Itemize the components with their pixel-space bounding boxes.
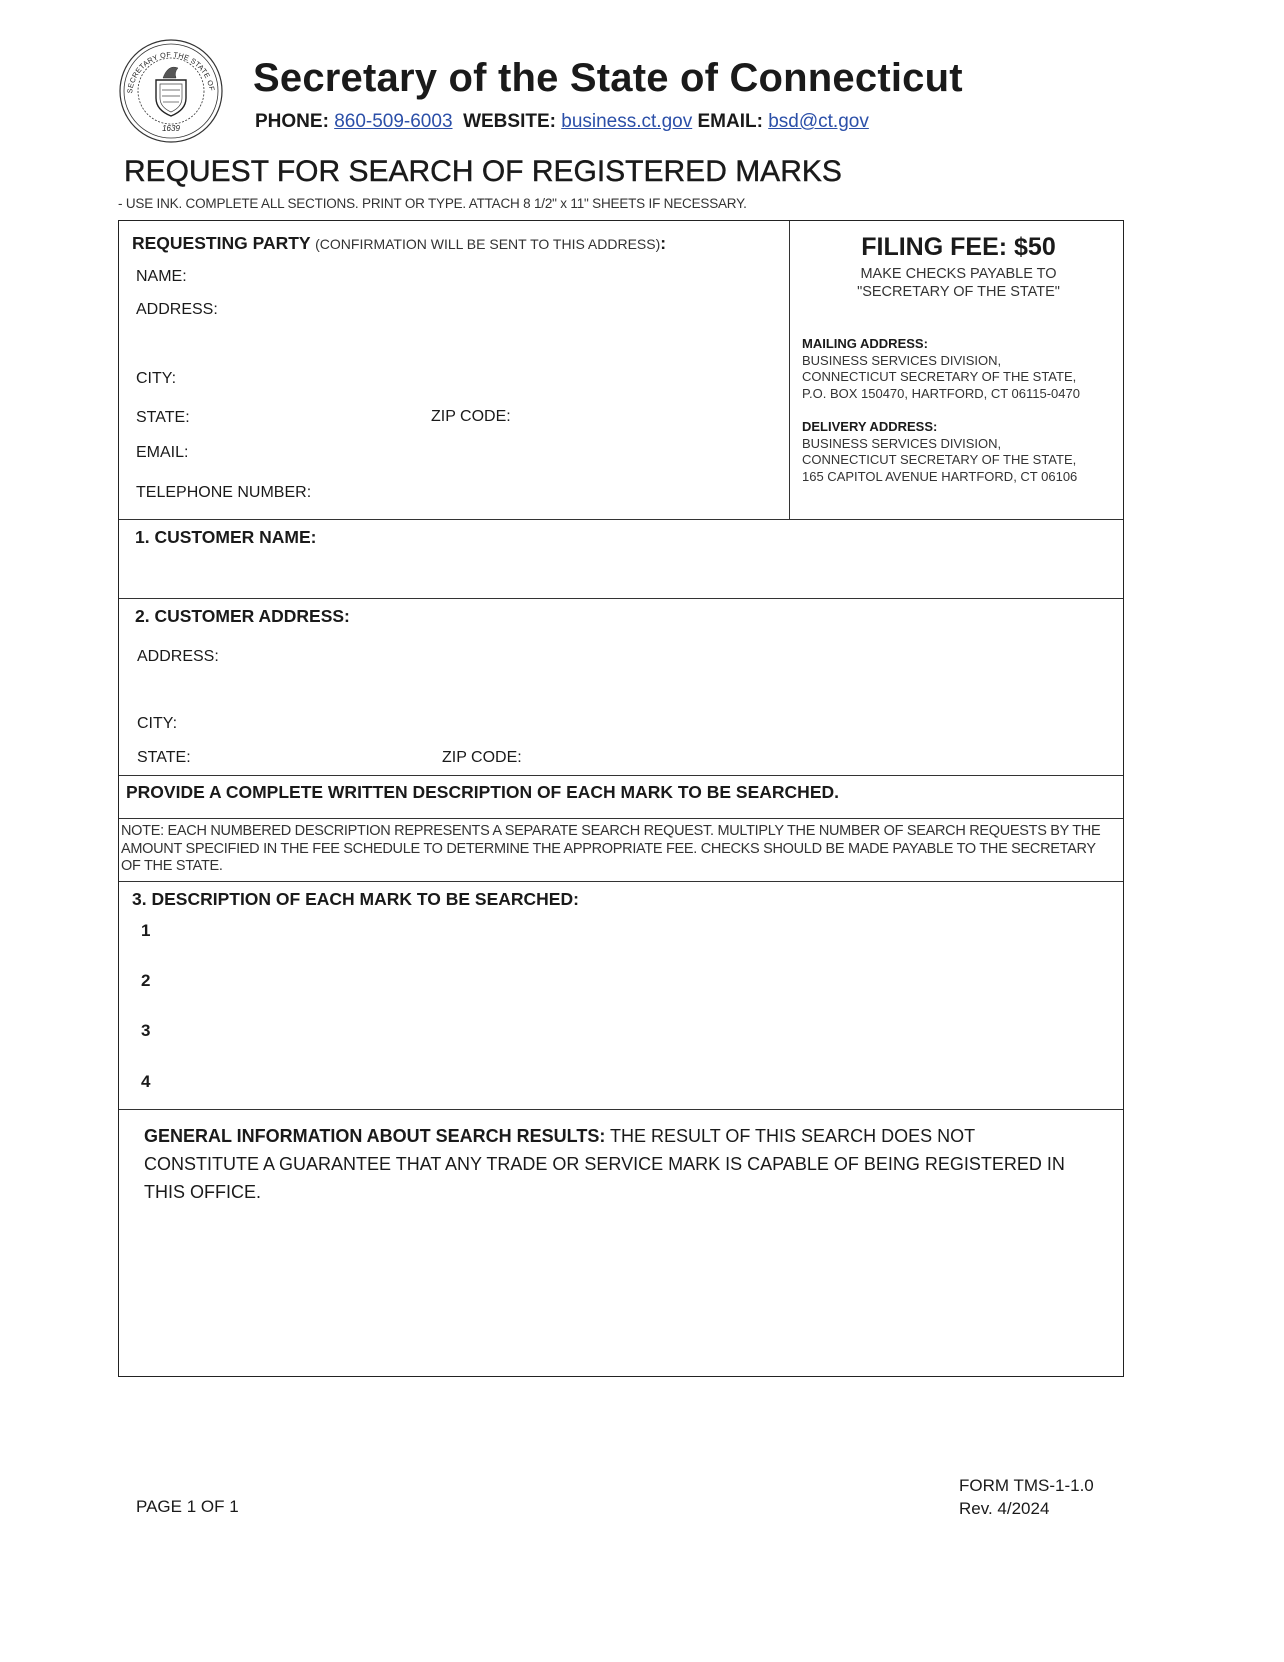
- requesting-party-title: REQUESTING PARTY: [132, 233, 310, 253]
- form-instructions: - USE INK. COMPLETE ALL SECTIONS. PRINT …: [118, 196, 747, 211]
- divider: [119, 818, 1123, 819]
- form-frame: REQUESTING PARTY (CONFIRMATION WILL BE S…: [118, 220, 1124, 1377]
- requesting-email-field[interactable]: [199, 443, 779, 463]
- general-info-heading: GENERAL INFORMATION ABOUT SEARCH RESULTS…: [144, 1126, 605, 1146]
- address-label: ADDRESS:: [136, 301, 218, 319]
- delivery-line: 165 CAPITOL AVENUE HARTFORD, CT 06106: [802, 469, 1077, 486]
- mailing-address: MAILING ADDRESS: BUSINESS SERVICES DIVIS…: [802, 336, 1080, 402]
- customer-address-heading: 2. CUSTOMER ADDRESS:: [135, 606, 350, 627]
- mark-3-field[interactable]: [167, 1020, 1097, 1040]
- email-link[interactable]: bsd@ct.gov: [768, 111, 869, 132]
- delivery-line: BUSINESS SERVICES DIVISION,: [802, 436, 1077, 453]
- general-info: GENERAL INFORMATION ABOUT SEARCH RESULTS…: [144, 1122, 1093, 1206]
- divider: [119, 775, 1123, 776]
- agency-title: Secretary of the State of Connecticut: [253, 56, 963, 101]
- phone-label: PHONE:: [255, 111, 329, 132]
- payable-note: MAKE CHECKS PAYABLE TO "SECRETARY OF THE…: [792, 265, 1125, 301]
- requesting-zip-field[interactable]: [522, 407, 772, 427]
- form-id: FORM TMS-1-1.0 Rev. 4/2024: [959, 1474, 1094, 1520]
- filing-fee: FILING FEE: $50: [792, 233, 1125, 262]
- seal-ring-text: SECRETARY OF THE STATE OF CONNECTICUT: [118, 38, 217, 94]
- form-revision: Rev. 4/2024: [959, 1497, 1094, 1520]
- delivery-line: CONNECTICUT SECRETARY OF THE STATE,: [802, 452, 1077, 469]
- name-label: NAME:: [136, 268, 187, 286]
- website-label: WEBSITE:: [463, 111, 556, 132]
- email-label: EMAIL:: [136, 444, 188, 462]
- customer-address-label: ADDRESS:: [137, 648, 219, 666]
- divider: [119, 519, 1123, 520]
- email-label: EMAIL:: [698, 111, 763, 132]
- divider: [119, 881, 1123, 882]
- customer-zip-label: ZIP CODE:: [442, 749, 522, 767]
- payable-line-2: "SECRETARY OF THE STATE": [792, 283, 1125, 301]
- mark-number: 2: [141, 971, 150, 991]
- marks-heading: 3. DESCRIPTION OF EACH MARK TO BE SEARCH…: [132, 889, 579, 910]
- page-number: PAGE 1 OF 1: [136, 1497, 239, 1517]
- payable-line-1: MAKE CHECKS PAYABLE TO: [792, 265, 1125, 283]
- mark-4-field[interactable]: [167, 1071, 1097, 1091]
- contact-line: PHONE: 860-509-6003 WEBSITE: business.ct…: [255, 111, 869, 133]
- requesting-party-heading: REQUESTING PARTY (CONFIRMATION WILL BE S…: [132, 233, 666, 254]
- fee-note: NOTE: EACH NUMBERED DESCRIPTION REPRESEN…: [121, 823, 1115, 876]
- form-number: FORM TMS-1-1.0: [959, 1474, 1094, 1497]
- mailing-line: P.O. BOX 150470, HARTFORD, CT 06115-0470: [802, 386, 1080, 403]
- requesting-name-field[interactable]: [199, 267, 779, 287]
- mark-number: 3: [141, 1021, 150, 1041]
- delivery-address: DELIVERY ADDRESS: BUSINESS SERVICES DIVI…: [802, 419, 1077, 485]
- customer-state-label: STATE:: [137, 749, 191, 767]
- divider: [119, 1109, 1123, 1110]
- mark-2-field[interactable]: [167, 970, 1097, 990]
- mark-number: 4: [141, 1072, 150, 1092]
- zip-label: ZIP CODE:: [431, 408, 511, 426]
- requesting-address-field[interactable]: [229, 300, 779, 360]
- customer-state-field[interactable]: [201, 748, 431, 768]
- phone-link[interactable]: 860-509-6003: [334, 111, 452, 132]
- mailing-address-title: MAILING ADDRESS:: [802, 336, 1080, 353]
- requesting-party-note: (CONFIRMATION WILL BE SENT TO THIS ADDRE…: [315, 236, 660, 252]
- requesting-telephone-field[interactable]: [329, 483, 779, 503]
- state-label: STATE:: [136, 409, 190, 427]
- website-link[interactable]: business.ct.gov: [561, 111, 692, 132]
- form-title: REQUEST FOR SEARCH OF REGISTERED MARKS: [124, 155, 842, 189]
- divider: [119, 598, 1123, 599]
- customer-name-heading: 1. CUSTOMER NAME:: [135, 527, 317, 548]
- description-prompt: PROVIDE A COMPLETE WRITTEN DESCRIPTION O…: [126, 782, 839, 803]
- telephone-label: TELEPHONE NUMBER:: [136, 484, 311, 502]
- city-label: CITY:: [136, 370, 176, 388]
- mailing-line: BUSINESS SERVICES DIVISION,: [802, 353, 1080, 370]
- seal-year: 1639: [162, 124, 180, 133]
- mailing-line: CONNECTICUT SECRETARY OF THE STATE,: [802, 369, 1080, 386]
- mark-number: 1: [141, 921, 150, 941]
- svg-text:SECRETARY OF THE STATE OF CONN: SECRETARY OF THE STATE OF CONNECTICUT: [118, 38, 217, 94]
- customer-address-field[interactable]: [229, 647, 1089, 707]
- customer-name-field[interactable]: [135, 557, 1095, 577]
- customer-city-field[interactable]: [189, 714, 1089, 734]
- delivery-address-title: DELIVERY ADDRESS:: [802, 419, 1077, 436]
- fee-divider: [789, 221, 790, 520]
- state-seal-icon: SECRETARY OF THE STATE OF CONNECTICUT 16…: [118, 38, 224, 144]
- customer-zip-field[interactable]: [532, 748, 932, 768]
- requesting-state-field[interactable]: [201, 408, 421, 428]
- customer-city-label: CITY:: [137, 715, 177, 733]
- mark-1-field[interactable]: [167, 920, 1097, 940]
- requesting-city-field[interactable]: [189, 369, 769, 389]
- heading-colon: :: [660, 233, 666, 253]
